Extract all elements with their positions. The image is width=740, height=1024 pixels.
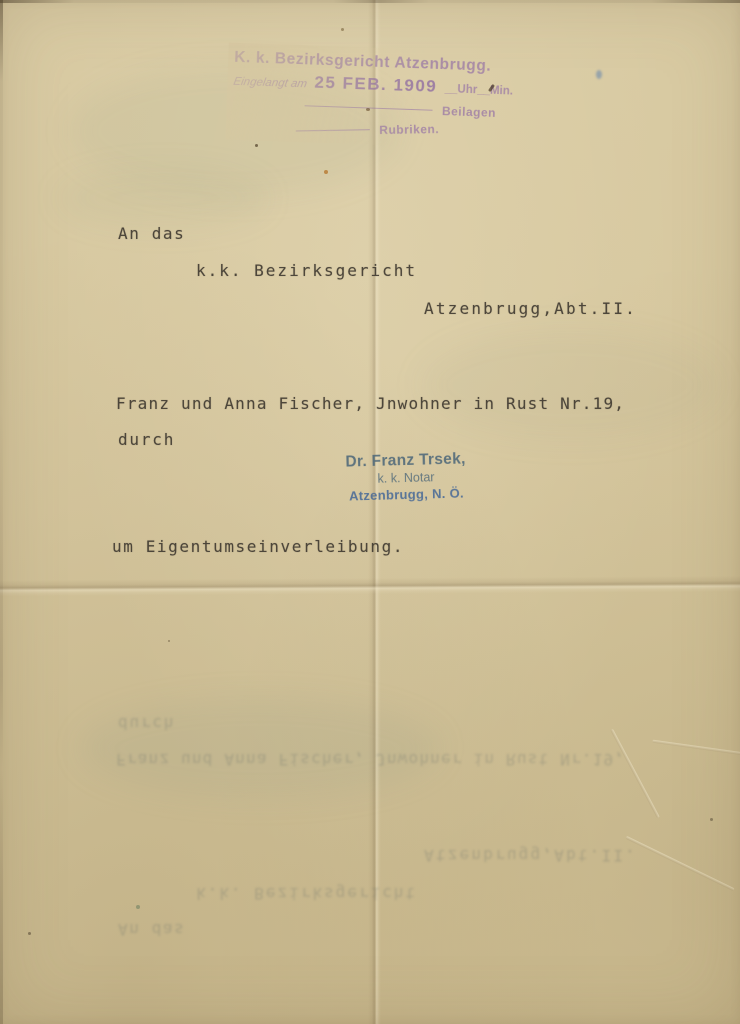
scan-vignette	[0, 0, 740, 1024]
received-stamp: K. k. Bezirksgericht Atzenbrugg. Eingela…	[232, 49, 535, 144]
typed-salutation: An das	[118, 224, 185, 243]
horizontal-fold-crease	[0, 576, 740, 597]
notary-stamp-title: k. k. Notar	[336, 469, 476, 487]
bleedthrough-text: Atzenbrugg,Abt.II.	[424, 846, 637, 865]
showthrough-blotch	[58, 168, 268, 228]
paper-wrinkle	[610, 729, 660, 819]
bleedthrough-text: An das	[118, 920, 185, 939]
showthrough-blotch	[420, 330, 720, 440]
rust-speck	[324, 170, 328, 174]
received-stamp-date-prefix: Eingelangt am	[232, 76, 308, 91]
ink-speck	[168, 640, 170, 642]
bleedthrough-text: durch	[118, 714, 175, 733]
scan-edge-top	[0, 0, 740, 3]
showthrough-blotch	[80, 698, 440, 798]
ink-speck	[255, 144, 258, 147]
received-stamp-date: 25 FEB. 1909	[314, 73, 437, 96]
received-stamp-rubriken-line: Rubriken.	[232, 118, 532, 141]
ink-speck	[341, 28, 344, 31]
typed-request-line: um Eigentumseinverleibung.	[112, 537, 404, 556]
ink-speck	[710, 818, 713, 821]
typed-court-location: Atzenbrugg,Abt.II.	[424, 299, 637, 318]
notary-stamp-place: Atzenbrugg, N. Ö.	[336, 485, 476, 504]
bleedthrough-text: k.k. Bezirksgericht	[196, 884, 417, 903]
received-stamp-time-blanks: __Uhr__Min.	[444, 83, 513, 97]
typed-applicants-line: Franz und Anna Fischer, Jnwohner in Rust…	[116, 394, 625, 413]
paper-wrinkle	[625, 836, 734, 891]
typed-via-word: durch	[118, 430, 175, 449]
received-stamp-beilagen-label: Beilagen	[442, 104, 496, 120]
paper-wrinkle	[652, 740, 740, 756]
ink-speck	[136, 905, 140, 909]
bleedthrough-text: Franz und Anna Fischer, Jnwohner in Rust…	[116, 750, 625, 769]
scan-edge-left	[0, 0, 3, 1024]
vertical-fold-crease	[368, 0, 381, 1024]
typed-court-name: k.k. Bezirksgericht	[196, 261, 417, 280]
notary-stamp-name: Dr. Franz Trsek,	[335, 450, 475, 472]
ink-speck	[28, 932, 31, 935]
notary-stamp: Dr. Franz Trsek, k. k. Notar Atzenbrugg,…	[335, 450, 476, 504]
received-stamp-rubriken-label: Rubriken.	[379, 122, 439, 137]
scanned-letter-page: K. k. Bezirksgericht Atzenbrugg. Eingela…	[0, 0, 740, 1024]
blue-ink-speck	[596, 70, 602, 79]
stamp-blank-rule	[296, 129, 370, 131]
stamp-blank-rule	[305, 106, 433, 111]
